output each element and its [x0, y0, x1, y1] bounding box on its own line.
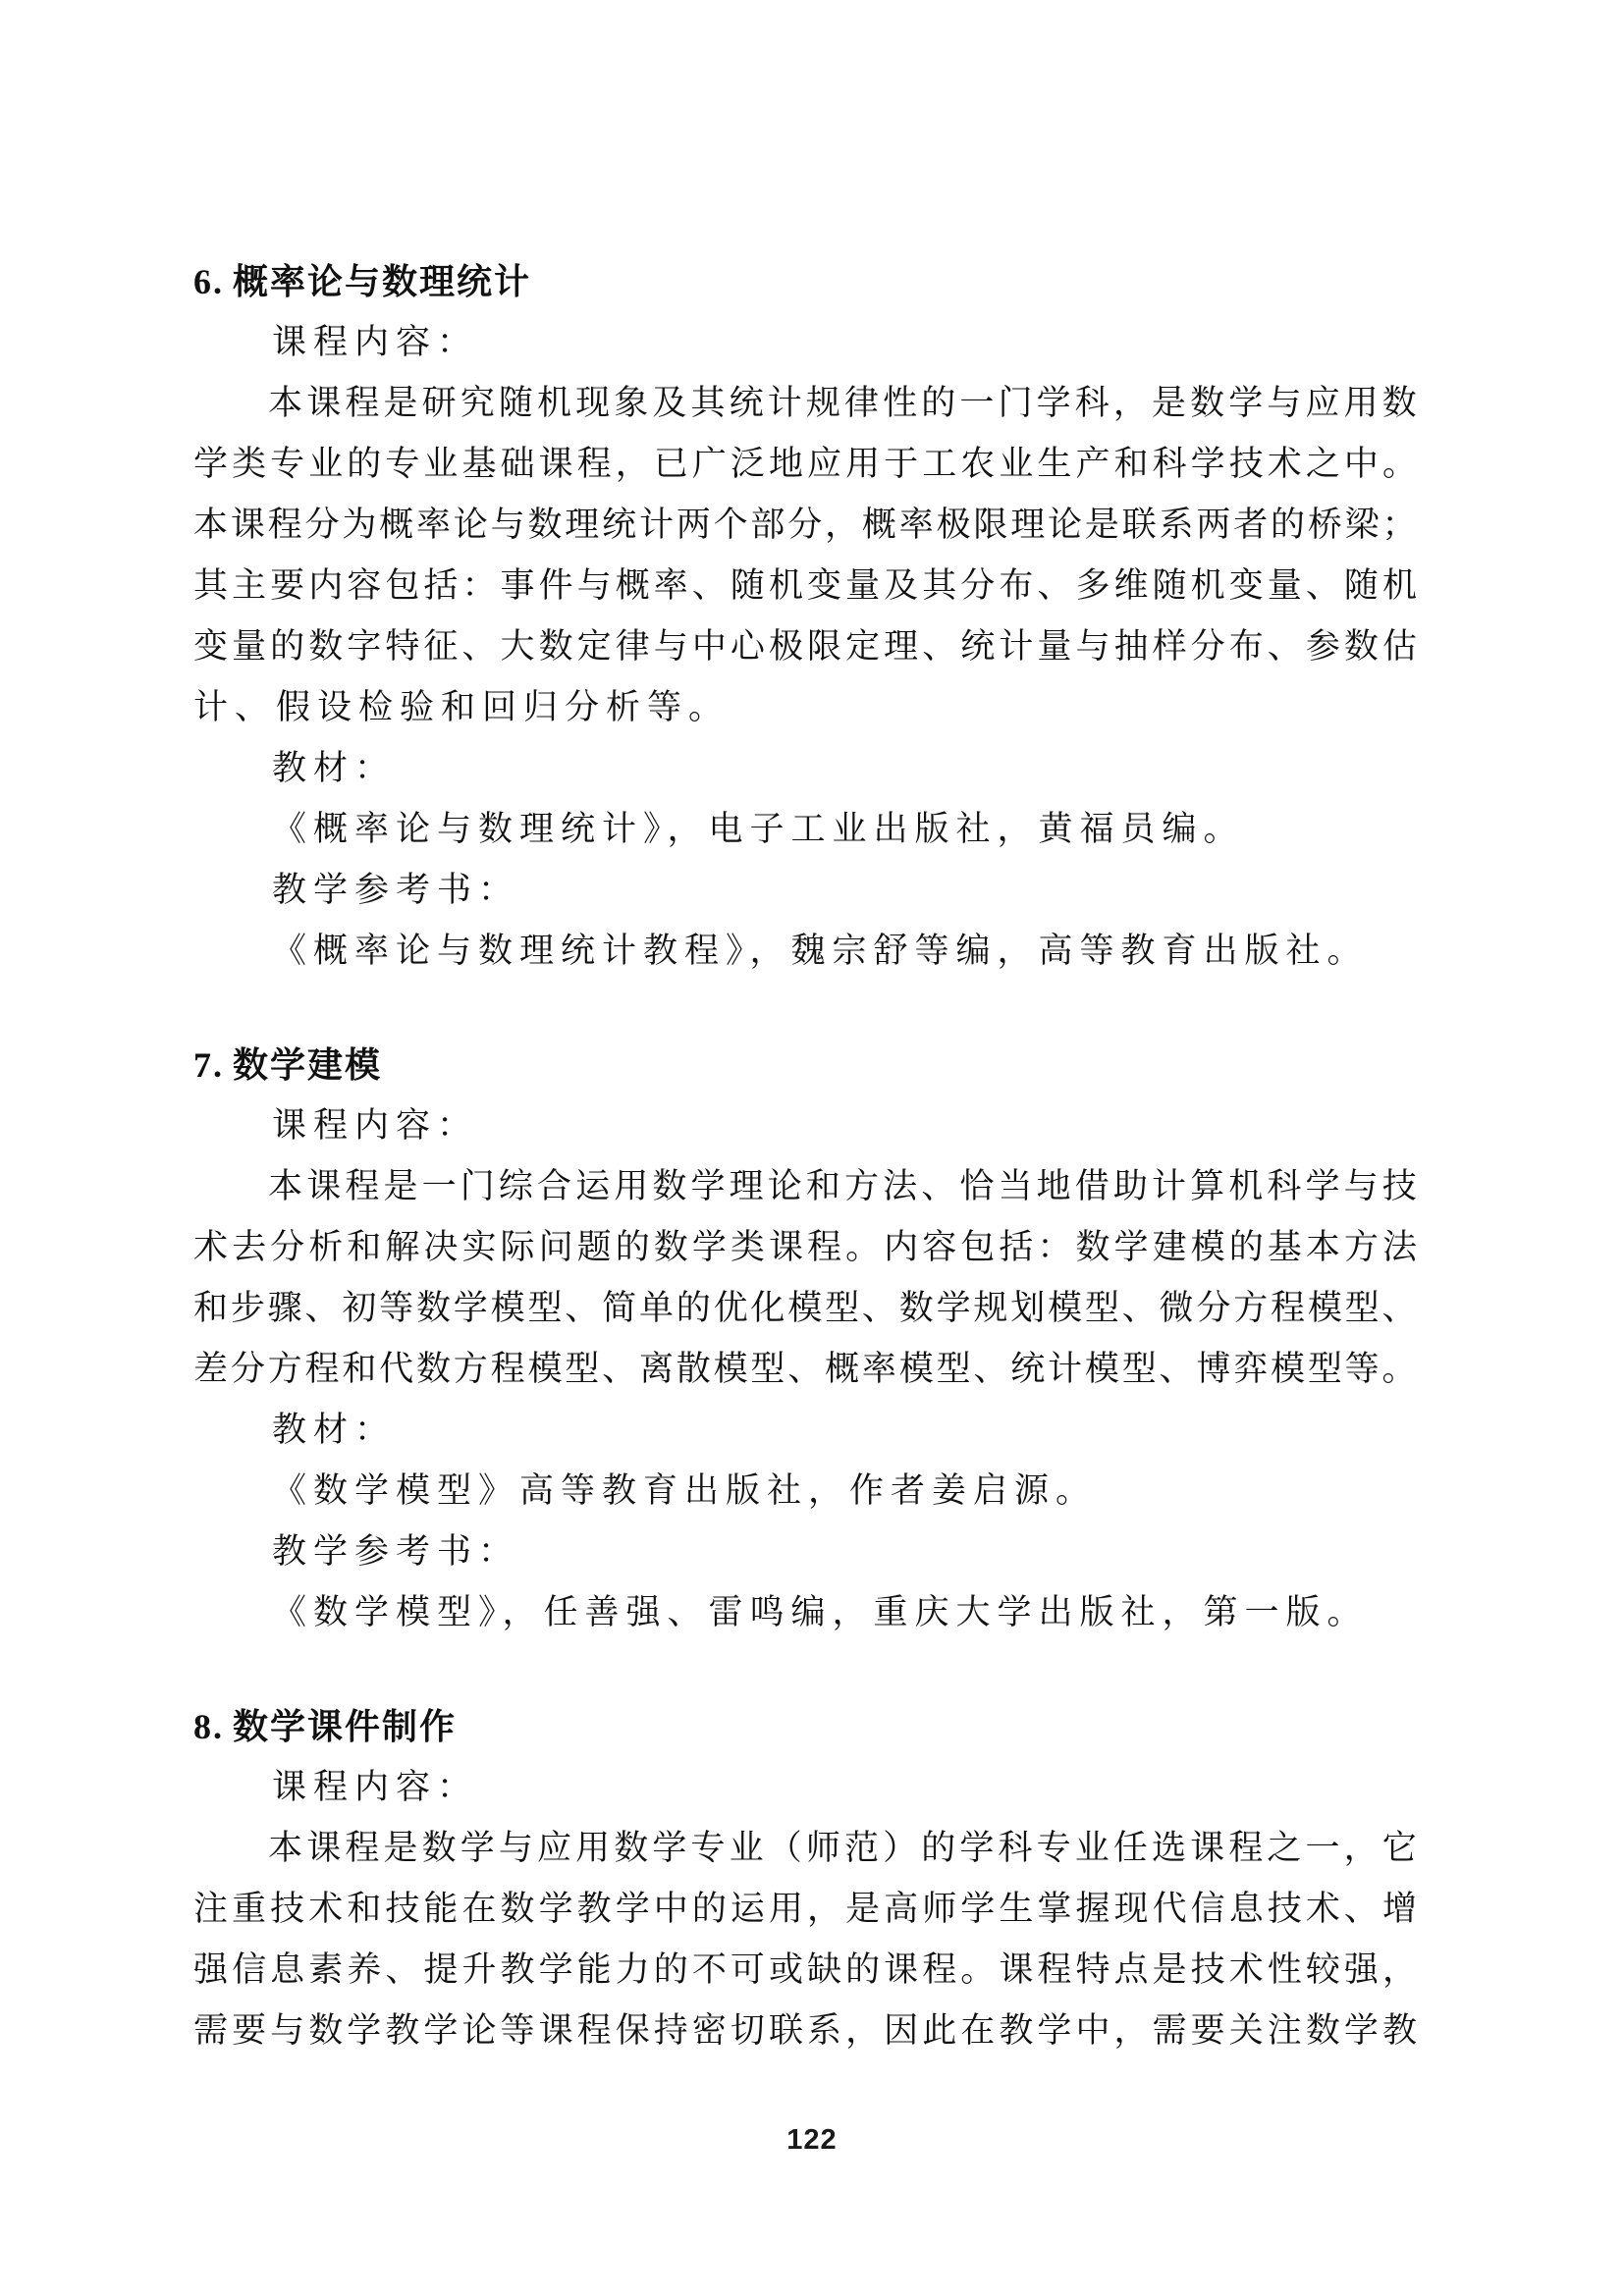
section-heading: 7.数学建模: [193, 1035, 1417, 1095]
field-label: 教材：: [193, 738, 1417, 799]
section-title: 数学课件制作: [233, 1707, 457, 1746]
paragraph-line: 和步骤、初等数学模型、简单的优化模型、数学规划模型、微分方程模型、: [193, 1278, 1417, 1339]
paragraph-line: 本课程分为概率论与数理统计两个部分，概率极限理论是联系两者的桥梁；: [193, 495, 1417, 556]
section-number: 7.: [193, 1045, 224, 1085]
section-title: 概率论与数理统计: [233, 262, 531, 301]
document-page: 6.概率论与数理统计课程内容：本课程是研究随机现象及其统计规律性的一门学科，是数…: [0, 0, 1624, 2296]
document-body: 6.概率论与数理统计课程内容：本课程是研究随机现象及其统计规律性的一门学科，是数…: [193, 251, 1417, 2061]
paragraph-line: 强信息素养、提升教学能力的不可或缺的课程。课程特点是技术性较强，: [193, 1940, 1417, 2001]
paragraph-line: 注重技术和技能在数学教学中的运用，是高师学生掌握现代信息技术、增: [193, 1879, 1417, 1940]
page-number: 122: [0, 2124, 1624, 2157]
course-section: 7.数学建模课程内容：本课程是一门综合运用数学理论和方法、恰当地借助计算机科学与…: [193, 1035, 1417, 1643]
field-label: 教材：: [193, 1400, 1417, 1461]
section-title: 数学建模: [233, 1045, 382, 1085]
course-section: 8.数学课件制作课程内容：本课程是数学与应用数学专业（师范）的学科专业任选课程之…: [193, 1696, 1417, 2061]
field-label: 课程内容：: [193, 312, 1417, 373]
field-label: 教学参考书：: [193, 860, 1417, 921]
field-label: 教学参考书：: [193, 1522, 1417, 1582]
section-heading: 8.数学课件制作: [193, 1696, 1417, 1757]
paragraph-line: 变量的数字特征、大数定律与中心极限定理、统计量与抽样分布、参数估: [193, 616, 1417, 677]
paragraph-line: 计、假设检验和回归分析等。: [193, 677, 1417, 738]
paragraph-line: 差分方程和代数方程模型、离散模型、概率模型、统计模型、博弈模型等。: [193, 1339, 1417, 1400]
paragraph-line: 本课程是研究随机现象及其统计规律性的一门学科，是数学与应用数: [193, 373, 1417, 434]
paragraph-line: 其主要内容包括：事件与概率、随机变量及其分布、多维随机变量、随机: [193, 556, 1417, 616]
section-number: 6.: [193, 262, 224, 301]
book-reference: 《概率论与数理统计》，电子工业出版社，黄福员编。: [193, 799, 1417, 860]
field-label: 课程内容：: [193, 1095, 1417, 1156]
book-reference: 《数学模型》，任善强、雷鸣编，重庆大学出版社，第一版。: [193, 1582, 1417, 1643]
book-reference: 《概率论与数理统计教程》，魏宗舒等编，高等教育出版社。: [193, 921, 1417, 982]
paragraph-line: 术去分析和解决实际问题的数学类课程。内容包括：数学建模的基本方法: [193, 1217, 1417, 1278]
paragraph-line: 本课程是一门综合运用数学理论和方法、恰当地借助计算机科学与技: [193, 1156, 1417, 1217]
section-heading: 6.概率论与数理统计: [193, 251, 1417, 312]
section-number: 8.: [193, 1707, 224, 1746]
course-section: 6.概率论与数理统计课程内容：本课程是研究随机现象及其统计规律性的一门学科，是数…: [193, 251, 1417, 982]
field-label: 课程内容：: [193, 1757, 1417, 1818]
paragraph-line: 学类专业的专业基础课程，已广泛地应用于工农业生产和科学技术之中。: [193, 434, 1417, 495]
book-reference: 《数学模型》高等教育出版社，作者姜启源。: [193, 1461, 1417, 1522]
paragraph-line: 本课程是数学与应用数学专业（师范）的学科专业任选课程之一，它: [193, 1818, 1417, 1879]
paragraph-line: 需要与数学教学论等课程保持密切联系，因此在教学中，需要关注数学教: [193, 2001, 1417, 2061]
